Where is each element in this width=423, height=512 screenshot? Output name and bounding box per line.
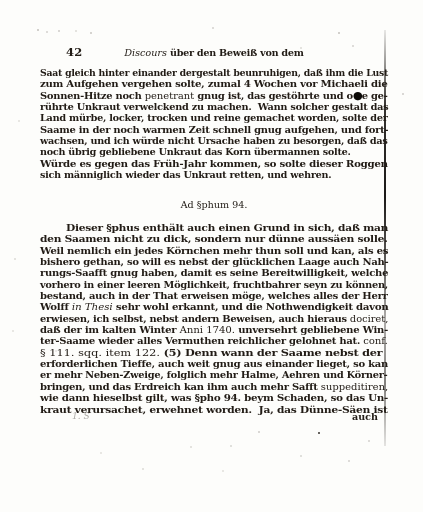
section-heading: Ad §phum 94. bbox=[40, 197, 388, 211]
line-content: sich männiglich wieder das Unkraut rette… bbox=[40, 167, 331, 181]
text-line: ter-Saame wieder alles Vermuthen reichli… bbox=[40, 333, 388, 344]
text-line: Sonnen-Hitze noch penetrant gnug ist, da… bbox=[40, 88, 388, 99]
text-line: er mehr Neben-Zweige, folglich mehr Halm… bbox=[40, 367, 388, 378]
header-title: Discours über den Beweiß von dem bbox=[124, 44, 303, 59]
text-line: Dieser §phus enthält auch einen Grund in… bbox=[40, 220, 388, 231]
text-line: vorhero in einer leeren Möglichkeit, fru… bbox=[40, 277, 388, 288]
text-line: rungs-Saafft gnug haben, damit es seine … bbox=[40, 265, 388, 276]
text-line: Wolff in Thesi sehr wohl erkannt, und di… bbox=[40, 299, 388, 310]
text-line: bestand, auch in der That erweisen möge,… bbox=[40, 288, 388, 299]
text-line: Saat gleich hinter einander dergestalt b… bbox=[40, 65, 388, 76]
catchword-row: 1. S auch bbox=[40, 412, 388, 423]
paragraph-1: Saat gleich hinter einander dergestalt b… bbox=[40, 65, 388, 178]
scan-noise-speckles bbox=[0, 0, 2, 2]
text-line: noch übrig gebliebene Unkraut das Korn ü… bbox=[40, 144, 388, 155]
text-line: Würde es gegen das Früh-Jahr kommen, so … bbox=[40, 156, 388, 167]
text-line: bringen, und das Erdreich kan ihm auch m… bbox=[40, 379, 388, 390]
text-line: rührte Unkraut verwelckend zu machen. Wa… bbox=[40, 99, 388, 110]
text-line: Land mürbe, locker, trocken und reine ge… bbox=[40, 110, 388, 121]
page-number: 42 bbox=[66, 45, 82, 59]
text-line: Weil nemlich ein jedes Körnchen mehr thu… bbox=[40, 243, 388, 254]
text-segment: Discours bbox=[124, 48, 167, 59]
text-line: wachsen, und ich würde nicht Ursache hab… bbox=[40, 133, 388, 144]
paragraph-2: Dieser §phus enthält auch einen Grund in… bbox=[40, 220, 388, 413]
segment-group: Discours über den Beweiß von dem bbox=[124, 44, 303, 59]
text-line: bishero gethan, so will es nebst der glü… bbox=[40, 254, 388, 265]
text-segment: sich männiglich wieder das Unkraut rette… bbox=[40, 170, 331, 181]
running-header: 42 Discours über den Beweiß von dem bbox=[40, 44, 388, 59]
text-line: § 111. sqq. item 122. (5) Denn wann der … bbox=[40, 345, 388, 356]
text-segment: über den Beweiß von dem bbox=[167, 48, 304, 59]
printer-mark: 1. S bbox=[40, 412, 90, 422]
scanned-book-page: 42 Discours über den Beweiß von dem Saat… bbox=[0, 0, 423, 512]
text-line: Saame in der noch warmen Zeit schnell gn… bbox=[40, 122, 388, 133]
text-line: erwiesen, ich selbst, nebst andern Bewei… bbox=[40, 311, 388, 322]
text-line: erforderlichen Tieffe, auch weit gnug au… bbox=[40, 356, 388, 367]
text-line: zum Aufgehen vergehen solte, zumal 4 Woc… bbox=[40, 76, 388, 87]
text-line: daß der im kalten Winter Anni 1740. unve… bbox=[40, 322, 388, 333]
segment-group: Ad §phum 94. bbox=[181, 197, 248, 211]
text-segment: Ad §phum 94. bbox=[181, 200, 248, 211]
catchword: auch bbox=[352, 412, 388, 423]
text-line: den Saamen nicht zu dick, sondern nur dü… bbox=[40, 231, 388, 242]
text-line: wie dann hieselbst gilt, was §pho 94. be… bbox=[40, 390, 388, 401]
